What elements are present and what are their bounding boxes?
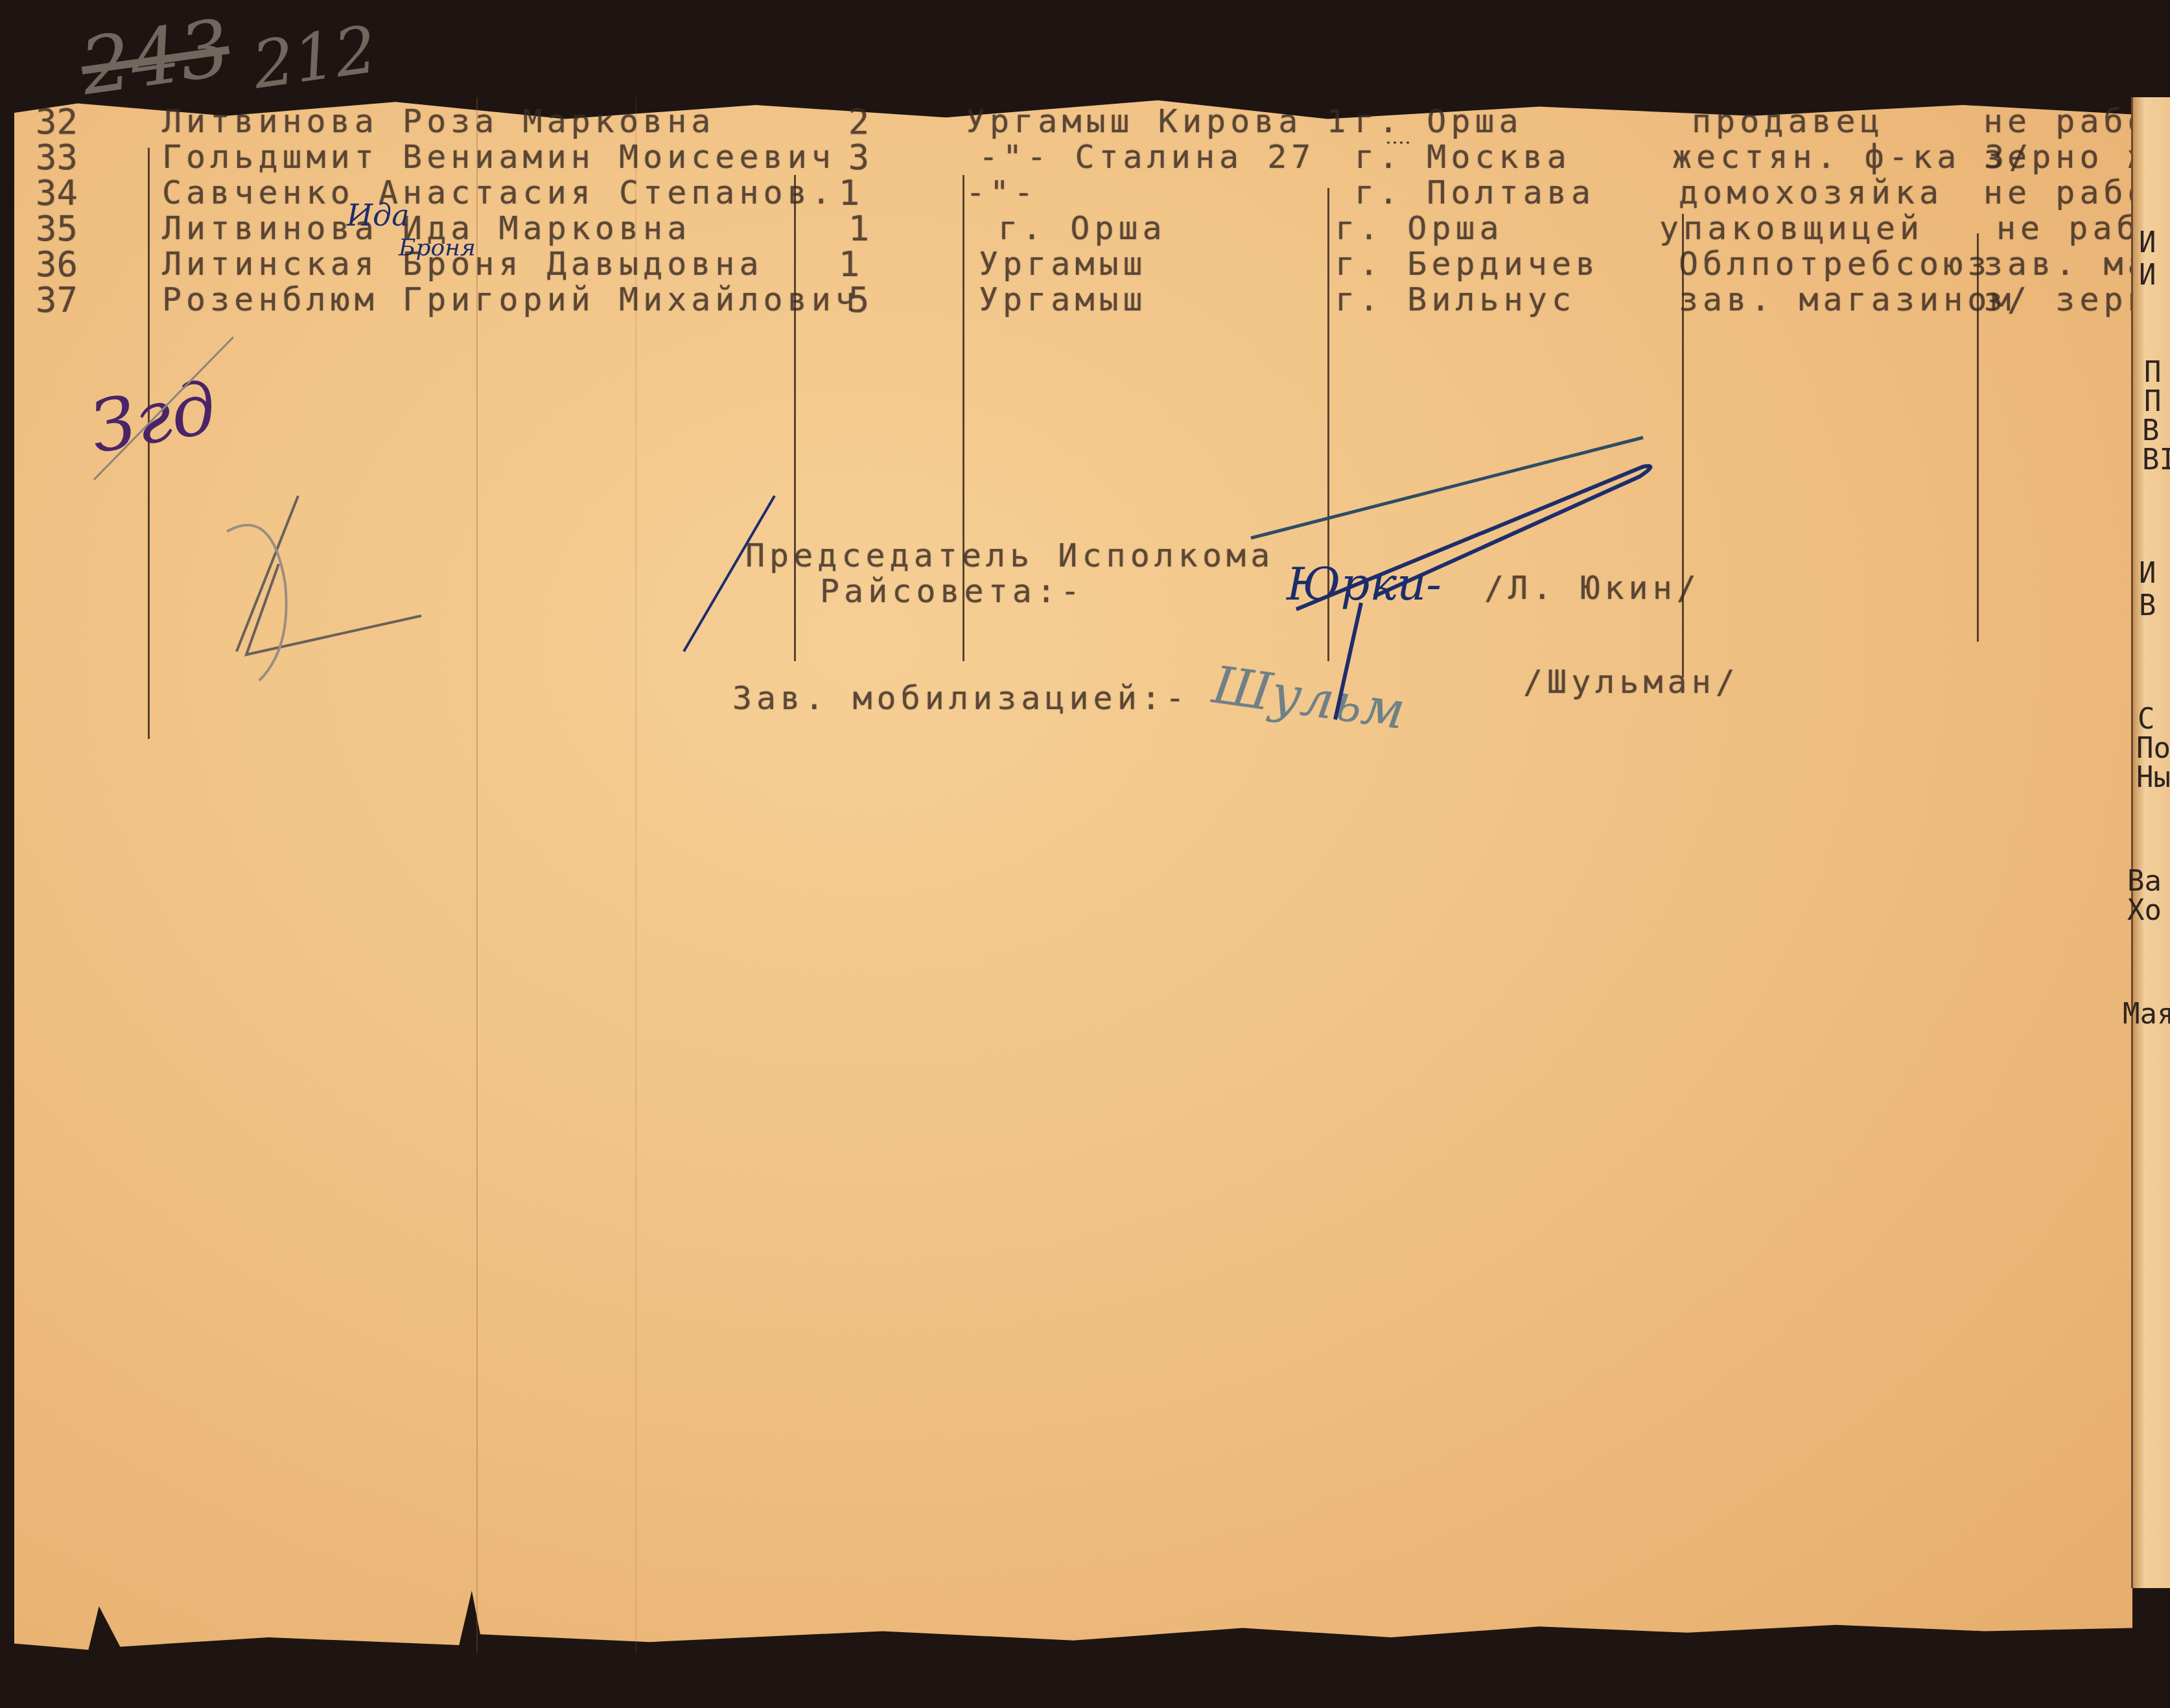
- next-page-fragment: И: [2139, 259, 2156, 292]
- next-page-fragment: В: [2139, 590, 2156, 622]
- next-page-fragment: П: [2144, 386, 2162, 418]
- next-page-fragment: По: [2136, 732, 2170, 765]
- next-page-fragment: ВІ: [2142, 444, 2170, 476]
- next-page-fragment: П: [2144, 357, 2162, 389]
- next-page-fragment: Ва: [2127, 865, 2162, 898]
- next-page-fragment: Мая: [2123, 998, 2170, 1031]
- next-page-fragment: В: [2142, 415, 2160, 447]
- next-page-fragment: Ны: [2136, 762, 2170, 794]
- handwritten-strokes: [0, 0, 2170, 1708]
- next-page-fragment: С: [2138, 703, 2155, 736]
- next-page-fragment: И: [2139, 557, 2156, 590]
- next-page-fragment: Хо: [2127, 895, 2162, 927]
- next-page-fragment: И: [2139, 227, 2156, 259]
